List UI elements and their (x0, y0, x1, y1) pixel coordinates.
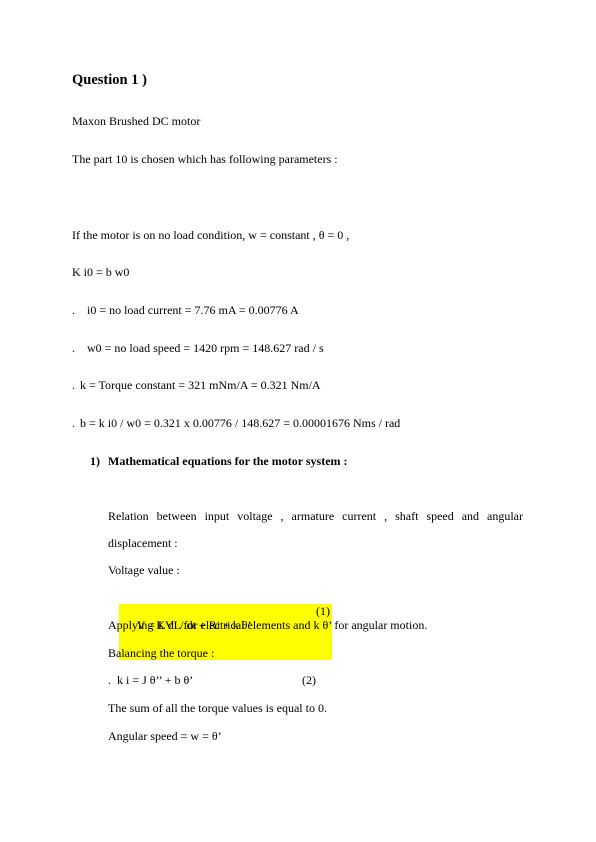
no-load-condition: If the motor is on no load condition, w … (72, 228, 349, 242)
equation-1: V = L di / dt + Ri + k θ’ (1) (107, 590, 332, 674)
part-intro: The part 10 is chosen which has followin… (72, 152, 338, 166)
list-item-bullet: . (72, 303, 75, 317)
list-item-bullet: . (72, 416, 75, 430)
relation-line-1: Relation between input voltage , armatur… (108, 509, 523, 523)
motor-name: Maxon Brushed DC motor (72, 114, 200, 128)
param-damping: b = k i0 / w0 = 0.321 x 0.00776 / 148.62… (80, 416, 400, 430)
base-equation: K i0 = b w0 (72, 265, 129, 279)
equation-2-bullet: . (108, 673, 111, 687)
section-title: Mathematical equations for the motor sys… (108, 454, 348, 468)
list-item-bullet: . (72, 378, 75, 392)
param-torque-constant: k = Torque constant = 321 mNm/A = 0.321 … (80, 378, 321, 392)
param-no-load-speed: w0 = no load speed = 1420 rpm = 148.627 … (87, 341, 324, 355)
param-no-load-current: i0 = no load current = 7.76 mA = 0.00776… (87, 303, 299, 317)
equation-2-number: (2) (302, 673, 316, 687)
torque-sum: The sum of all the torque values is equa… (108, 701, 327, 715)
relation-line-2: displacement : (108, 536, 178, 550)
voltage-label: Voltage value : (108, 563, 180, 577)
section-number: 1) (90, 454, 100, 468)
torque-label: Balancing the torque : (108, 646, 214, 660)
question-heading: Question 1 ) (72, 73, 147, 87)
kvl-note: Applying KVL for electrical elements and… (108, 618, 427, 632)
list-item-bullet: . (72, 341, 75, 355)
equation-1-number: (1) (316, 604, 330, 618)
angular-speed: Angular speed = w = θ’ (108, 729, 222, 743)
equation-2-text: k i = J θ’’ + b θ’ (117, 673, 193, 687)
